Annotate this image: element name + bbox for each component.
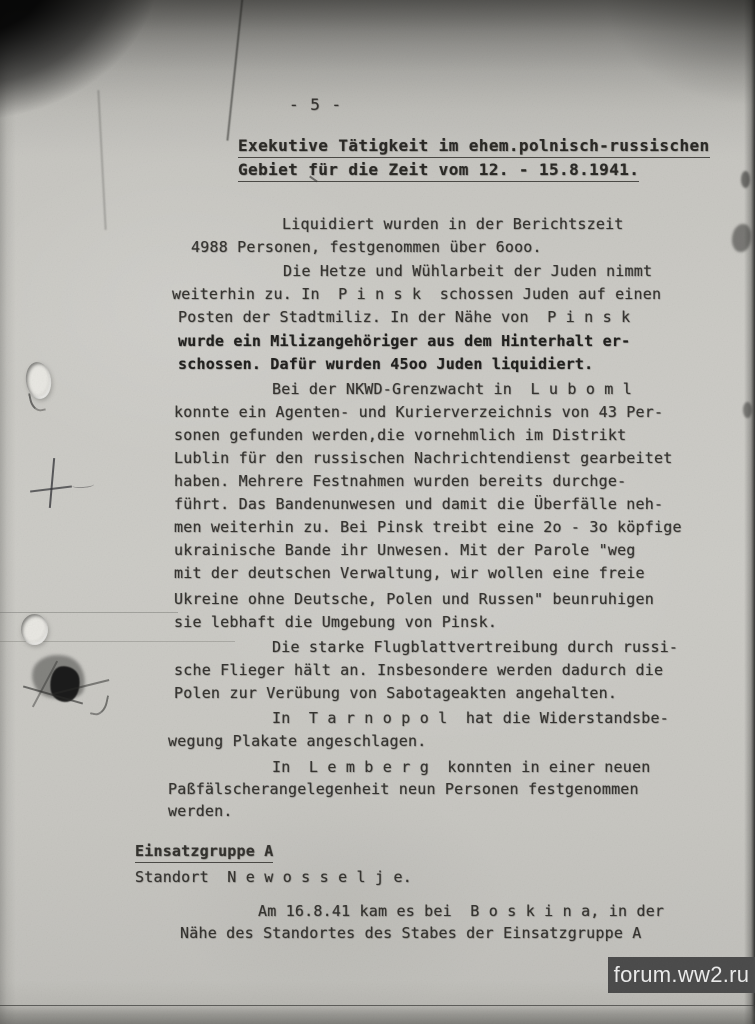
fold-line <box>0 612 178 613</box>
document-title-line1: Exekutive Tätigkeit im ehem.polnisch-rus… <box>238 137 710 158</box>
hole-punch-top <box>24 360 54 400</box>
scratch-mark <box>53 679 110 695</box>
edge-smudge <box>741 171 750 188</box>
page-bottom-edge <box>0 1005 755 1024</box>
pen-cross-mark <box>30 485 72 492</box>
section-title-einsatzgruppe-a: Einsatzgruppe A <box>135 842 273 863</box>
typed-line: Liquidiert wurden in der Berichtszeit <box>282 215 624 233</box>
paper-crease <box>226 0 243 141</box>
typed-line: Lublin für den russischen Nachrichtendie… <box>174 449 672 467</box>
pen-squiggle-mark <box>72 481 94 489</box>
paper-crease <box>97 90 106 230</box>
typed-line: wurde ein Milizangehöriger aus dem Hinte… <box>178 332 630 350</box>
typed-line: schossen. Dafür wurden 45oo Juden liquid… <box>178 355 593 373</box>
typed-line: Polen zur Verübung von Sabotageakten ang… <box>174 684 617 702</box>
scratch-mark <box>32 661 58 708</box>
page-number: - 5 - <box>289 96 342 114</box>
typed-line: haben. Mehrere Festnahmen wurden bereits… <box>174 472 626 490</box>
typed-line: Die starke Flugblattvertreibung durch ru… <box>272 638 678 656</box>
fold-line <box>0 641 235 642</box>
standort-line: Standort N e w o s s e l j e. <box>135 868 412 886</box>
pen-hook-mark <box>90 693 109 718</box>
edge-smudge <box>732 224 751 252</box>
typed-line: Die Hetze und Wühlarbeit der Juden nimmt <box>283 262 652 280</box>
ink-blot <box>27 649 90 705</box>
typed-line: Bei der NKWD-Grenzwacht in L u b o m l <box>272 380 632 398</box>
typed-line: werden. <box>168 802 233 820</box>
typed-line: wegung Plakate angeschlagen. <box>168 732 426 750</box>
typed-line: Ukreine ohne Deutsche, Polen und Russen"… <box>174 590 654 608</box>
hole-punch-bottom <box>21 614 48 645</box>
ink-blot <box>48 664 83 704</box>
edge-smudge <box>743 402 752 418</box>
scratch-mark <box>23 685 83 704</box>
typed-line: men weiterhin zu. Bei Pinsk treibt eine … <box>174 518 682 536</box>
typed-line: führt. Das Bandenunwesen und damit die Ü… <box>174 495 663 513</box>
typed-line: Posten der Stadtmiliz. In der Nähe von P… <box>178 308 630 326</box>
typed-line: sie lebhaft die Umgebung von Pinsk. <box>174 613 497 631</box>
typed-line: mit der deutschen Verwaltung, wir wollen… <box>174 564 645 582</box>
scanned-document-page: - 5 - Exekutive Tätigkeit im ehem.polnis… <box>0 0 755 1024</box>
pen-cross-mark <box>49 458 55 508</box>
hole-punch-tear-mark <box>28 391 46 413</box>
typed-line: Paßfälscherangelegenheit neun Personen f… <box>168 780 639 798</box>
typed-line: ukrainische Bande ihr Unwesen. Mit der P… <box>174 541 636 559</box>
typed-line: In L e m b e r g konnten in einer neuen <box>272 758 650 776</box>
typed-line: In T a r n o p o l hat die Widerstandsbe… <box>272 709 669 727</box>
typed-line: Nähe des Standortes des Stabes der Einsa… <box>180 924 642 942</box>
document-title-line2: Gebiet für die Zeit vom 12. - 15.8.1941. <box>238 161 639 182</box>
typed-line: 4988 Personen, festgenommen über 6ooo. <box>191 238 542 256</box>
typed-line: konnte ein Agenten- und Kurierverzeichni… <box>174 403 663 421</box>
typed-line: weiterhin zu. In P i n s k schossen Jude… <box>172 285 661 303</box>
typed-line: sonen gefunden werden,die vornehmlich im… <box>174 426 626 444</box>
typed-line: sche Flieger hält an. Insbesondere werde… <box>174 661 663 679</box>
watermark: forum.ww2.ru <box>608 957 755 993</box>
typed-line: Am 16.8.41 kam es bei B o s k i n a, in … <box>258 902 664 920</box>
